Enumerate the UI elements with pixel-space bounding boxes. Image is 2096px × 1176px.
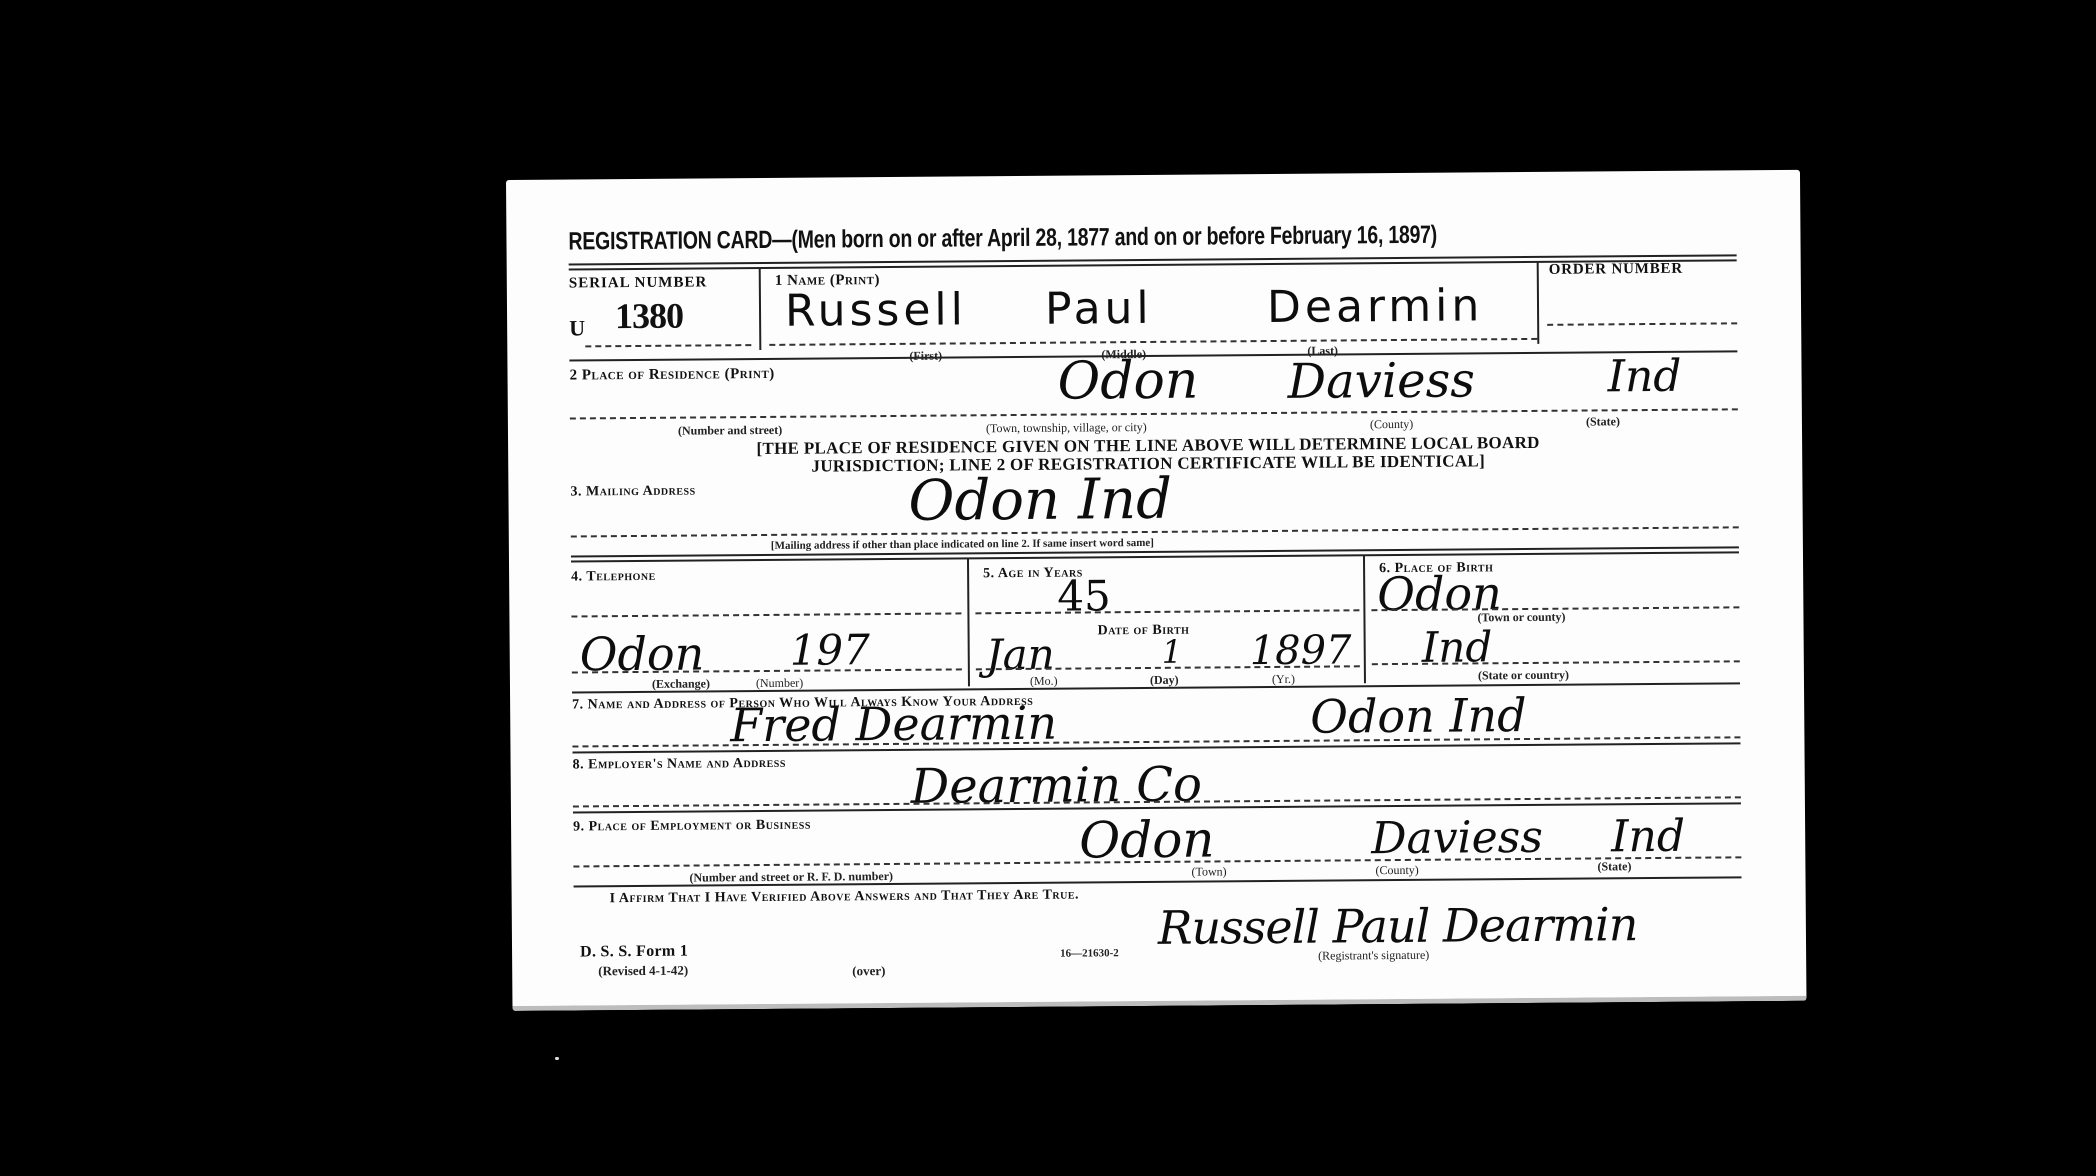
caption-employment-town: (Town) [1191, 864, 1226, 879]
form-name: D. S. S. Form 1 [580, 943, 688, 962]
over-note: (over) [852, 963, 885, 979]
caption-month: (Mo.) [1030, 674, 1058, 689]
name-first-value: Russell [785, 284, 967, 336]
serial-number-label: SERIAL NUMBER [569, 274, 708, 292]
order-number-label: ORDER NUMBER [1549, 261, 1683, 279]
residence-label: 2 Place of Residence (Print) [569, 366, 774, 385]
form-revised: (Revised 4-1-42) [598, 963, 688, 980]
telephone-label: 4. Telephone [571, 569, 656, 586]
serial-divider [759, 268, 762, 350]
caption-state-or-country: (State or country) [1478, 668, 1569, 684]
caption-street: (Number and street) [678, 423, 782, 439]
employment-county-value: Daviess [1371, 812, 1543, 864]
caption-employment-county: (County) [1375, 863, 1418, 878]
dob-month-value: Jan [986, 630, 1055, 680]
mailing-note: [Mailing address if other than place ind… [771, 537, 1154, 552]
name-middle-value: Paul [1045, 283, 1153, 335]
registrant-signature: Russell Paul Dearmin [1158, 897, 1638, 955]
serial-prefix: U [569, 315, 585, 341]
mailing-address-label: 3. Mailing Address [570, 484, 695, 501]
residence-county-value: Daviess [1287, 352, 1475, 409]
dob-day-value: 1 [1162, 633, 1183, 671]
mailing-double-rule [571, 546, 1739, 562]
caption-day: (Day) [1150, 673, 1179, 688]
telephone-number-value: 197 [790, 625, 871, 675]
caption-year: (Yr.) [1272, 672, 1295, 687]
mailing-address-value: Odon Ind [908, 467, 1172, 534]
age-divider [1363, 555, 1366, 683]
residence-town-value: Odon [1057, 351, 1198, 412]
employment-place-label: 9. Place of Employment or Business [573, 818, 811, 836]
order-divider [1537, 262, 1540, 344]
registration-card: REGISTRATION CARD—(Men born on or after … [506, 170, 1806, 1011]
affirmation-text: I Affirm That I Have Verified Above Answ… [610, 888, 1079, 908]
serial-dash-line [585, 344, 751, 347]
card-title: REGISTRATION CARD—(Men born on or after … [568, 221, 1437, 257]
telephone-upper-dash [571, 612, 961, 617]
employment-state-value: Ind [1611, 811, 1685, 863]
contact-person-address: Odon Ind [1310, 688, 1527, 744]
caption-employment-state: (State) [1597, 859, 1631, 874]
caption-state: (State) [1586, 414, 1620, 429]
caption-town: (Town, township, village, or city) [986, 420, 1147, 436]
serial-number-value: 1380 [615, 295, 683, 338]
signature-caption: (Registrant's signature) [1318, 948, 1429, 964]
order-number-dash-line [1547, 322, 1737, 325]
residence-state-value: Ind [1607, 351, 1681, 403]
name-dash-line [769, 338, 1537, 346]
print-code: 16—21630-2 [1060, 947, 1119, 959]
employer-label: 8. Employer's Name and Address [573, 756, 786, 774]
telephone-divider [967, 558, 970, 686]
name-last-value: Dearmin [1267, 280, 1484, 333]
caption-county: (County) [1370, 417, 1413, 432]
scan-speck [555, 1057, 559, 1060]
age-dash-line [975, 609, 1359, 614]
